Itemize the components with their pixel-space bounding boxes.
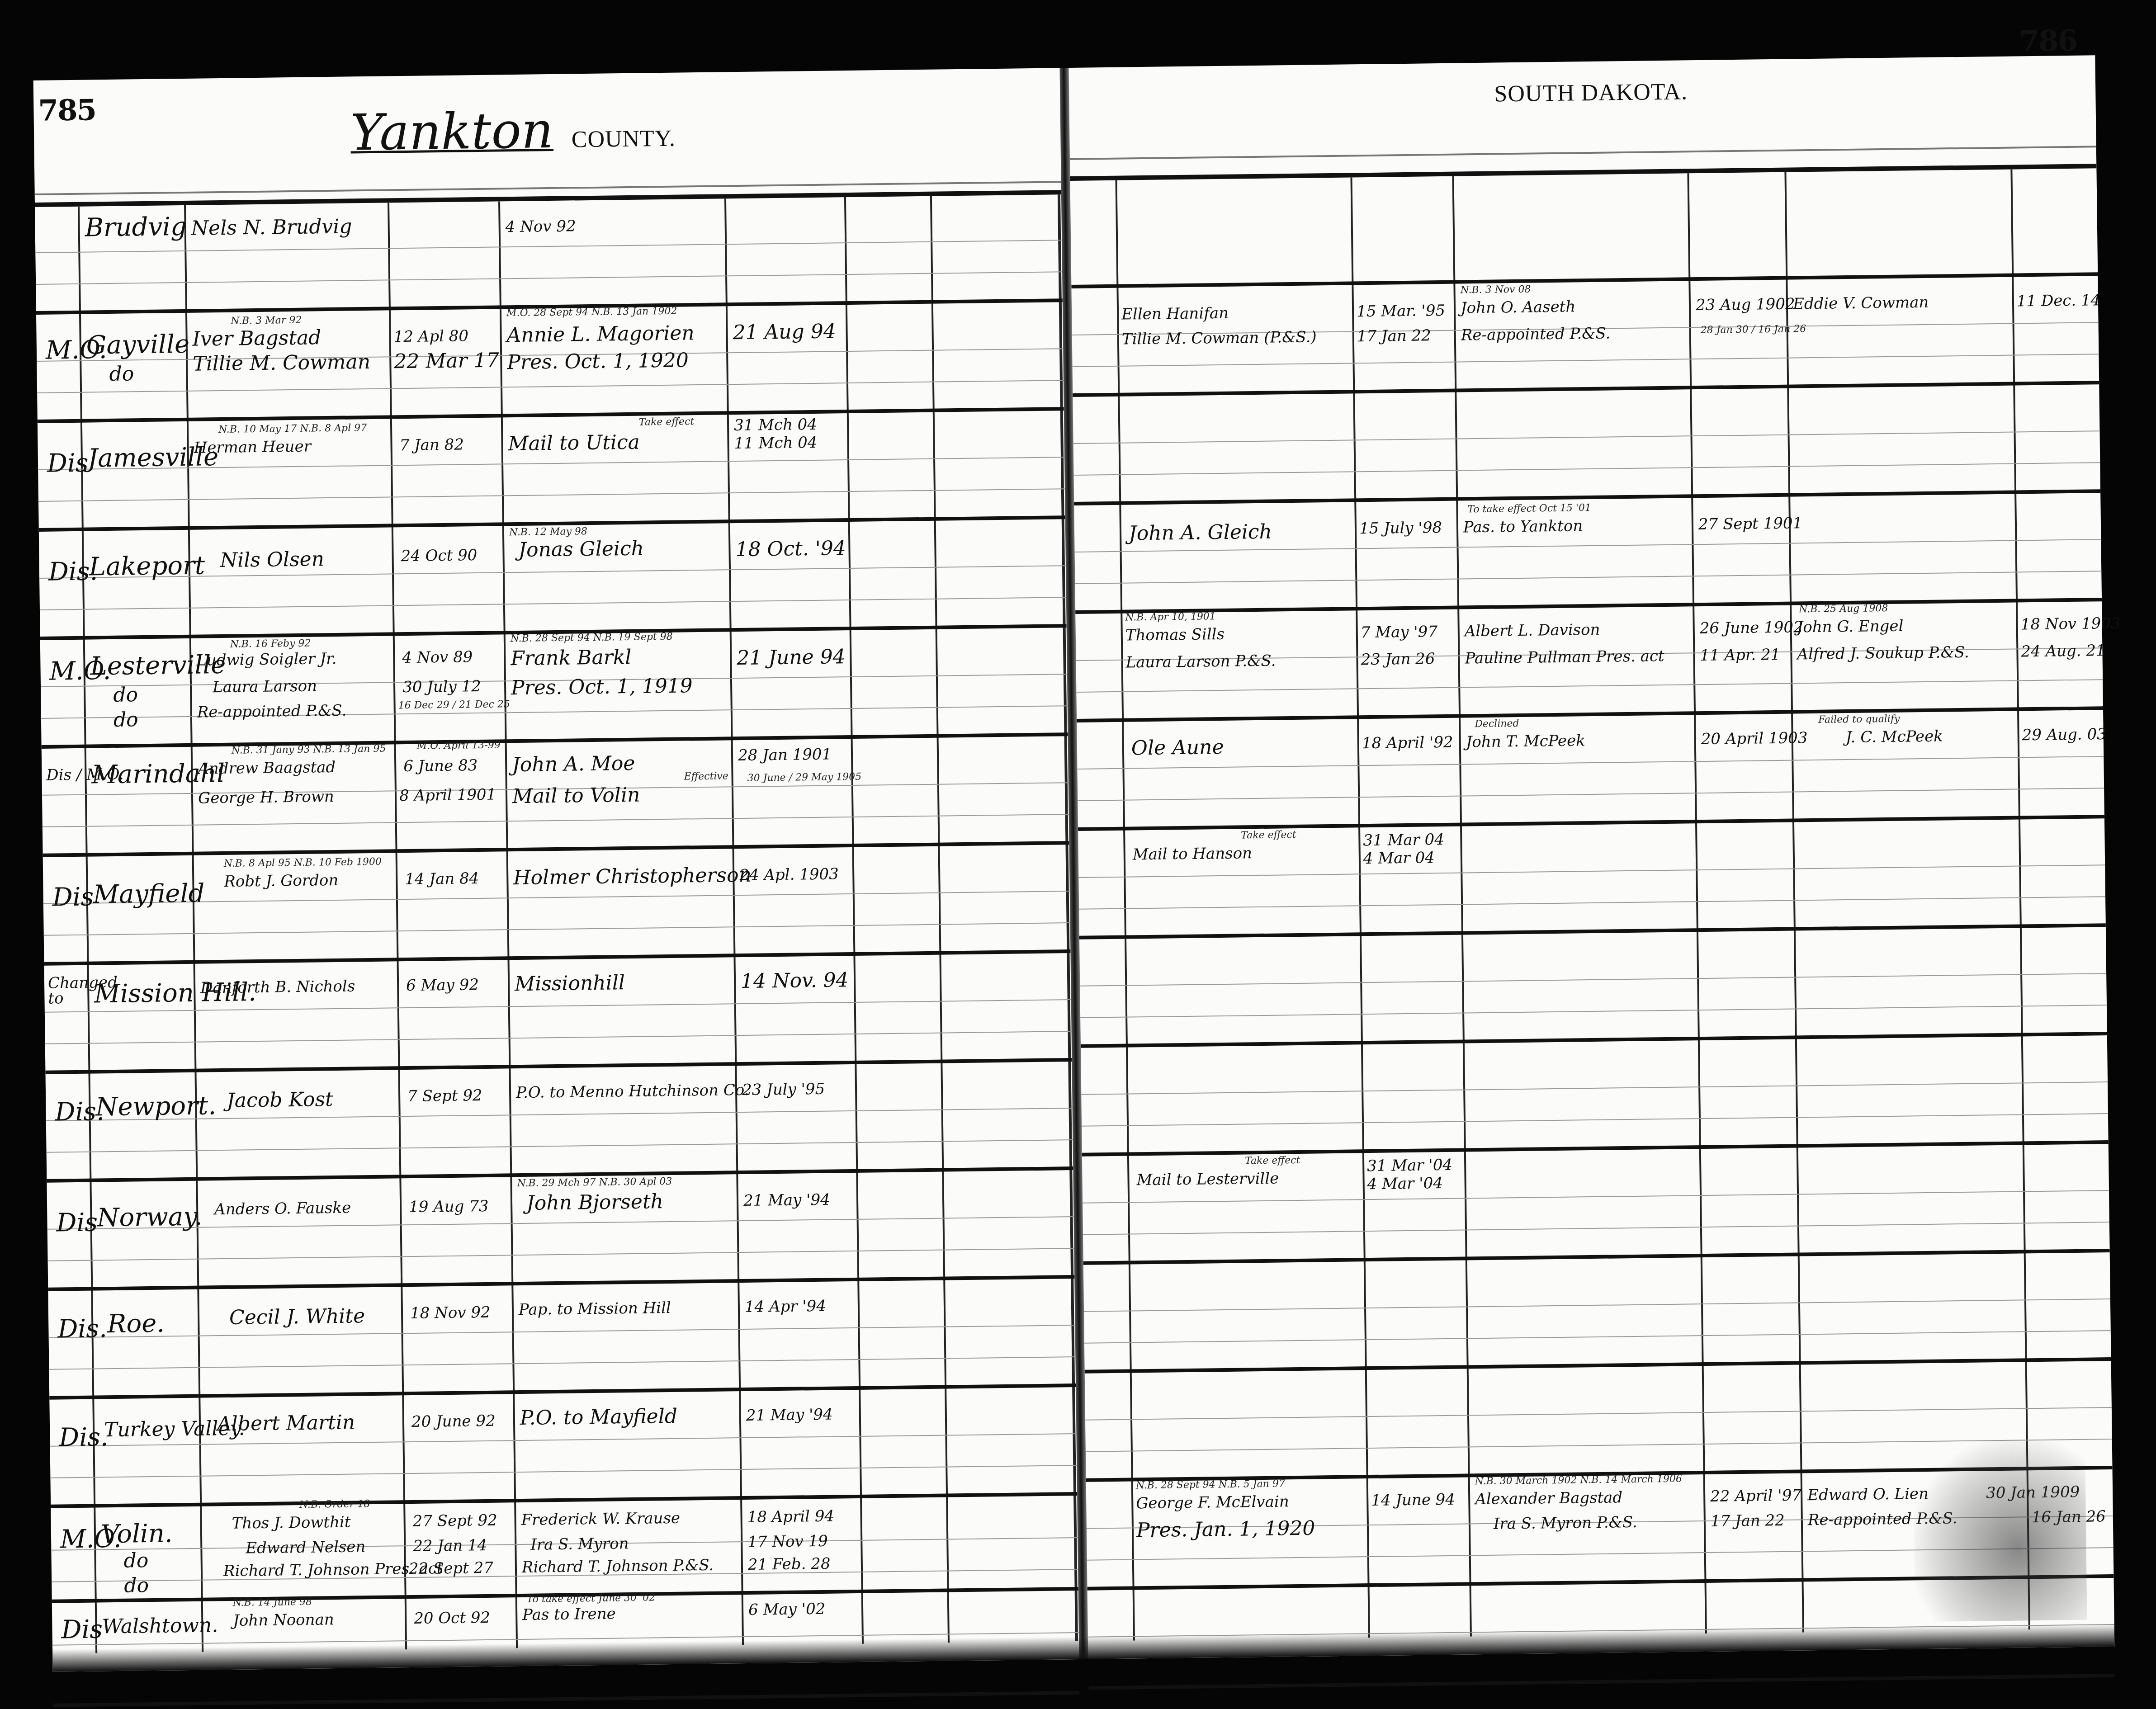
postmaster-name: George H. Brown (198, 789, 334, 806)
successor-name: John A. Gleich (1129, 522, 1272, 544)
successor-date: 28 Jan 30 / 16 Jan 26 (1701, 323, 1806, 336)
successor-date: 14 June 94 (1371, 1492, 1455, 1508)
successor-name: Pap. to Mission Hill (519, 1300, 671, 1317)
ledger-row (1079, 928, 2107, 1044)
postmaster-name: Anders O. Fauske (214, 1200, 351, 1218)
successor-note: Effective (684, 770, 728, 782)
ledger-row: M.O. Volin. do do N.B. Order 18 Thos J. … (51, 1497, 1078, 1600)
ledger-row: Ellen Hanifan Tillie M. Cowman (P.&S.) 1… (1071, 277, 2099, 393)
appointment-date: 18 Nov 92 (410, 1305, 491, 1321)
office-name: Norway. (97, 1204, 202, 1231)
successor-note: N.B. 28 Sept 94 N.B. 19 Sept 98 (511, 631, 673, 644)
appointment-date: 8 April 1901 (399, 787, 496, 804)
office-status: Changed to (48, 975, 85, 1006)
postmaster-note: N.B. 31 Jany 93 N.B. 13 Jan 95 (232, 743, 386, 756)
successor-name: John Bjorseth (526, 1192, 663, 1213)
successor-name: Alfred J. Soukup P.&S. (1797, 645, 1969, 662)
successor-date: 14 Nov. 94 (741, 970, 849, 991)
right-ledger-grid: Ellen Hanifan Tillie M. Cowman (P.&S.) 1… (1070, 168, 2114, 1641)
ledger-row (1081, 1036, 2109, 1153)
successor-date: 4 Mar 04 (1363, 850, 1435, 866)
successor-note: N.B. 28 Sept 94 N.B. 5 Jan 97 (1136, 1478, 1285, 1491)
postmaster-name: John Noonan (233, 1612, 334, 1629)
successor-name: P.O. to Mayfield (520, 1407, 678, 1428)
successor-name: Pauline Pullman Pres. act (1465, 648, 1664, 666)
office-status: Dis (47, 451, 89, 477)
successor-date: 17 Jan 22 (1711, 1513, 1785, 1529)
ledger-row: N.B. Apr 10, 1901 Thomas Sills Laura Lar… (1075, 602, 2103, 719)
appointment-date: 7 Sept 92 (407, 1088, 482, 1104)
successor-name: Pas. to Yankton (1463, 518, 1583, 535)
office-status: Dis (61, 1617, 103, 1643)
ledger-row: Dis / M.O. Marindahl N.B. 31 Jany 93 N.B… (42, 737, 1069, 854)
appointment-date: 24 Oct 90 (401, 548, 477, 564)
successor-note: N.B. 3 Nov 08 (1460, 284, 1531, 296)
successor-date: 18 April '92 (1362, 735, 1453, 751)
appointment-date: 14 Jan 84 (405, 871, 479, 887)
successor-name: Mail to Utica (508, 433, 640, 454)
appointment-date: 4 Nov 89 (402, 649, 473, 666)
successor-name: Pres. Jan. 1, 1920 (1136, 1519, 1315, 1541)
successor-date: 18 Oct. '94 (735, 538, 846, 560)
office-status: Dis. (57, 1316, 107, 1342)
ledger-row: Dis. Newport. Jacob Kost 7 Sept 92 P.O. … (46, 1062, 1073, 1179)
successor-date: 14 Apr '94 (745, 1298, 826, 1315)
successor-date: 17 Nov 19 (747, 1534, 828, 1550)
postmaster-note: N.B. 3 Mar 92 (231, 315, 302, 327)
appointment-note: M.O. April 13-99 (417, 739, 501, 751)
office-name: Mayfield (93, 881, 204, 907)
ledger-row: Ole Aune 18 April '92 Declined John T. M… (1077, 711, 2104, 827)
ledger-row: Dis Norway. Anders O. Fauske 19 Aug 73 N… (47, 1171, 1074, 1288)
successor-name: Thomas Sills (1125, 627, 1225, 643)
ledger-spread: 785 Yankton COUNTY. Brudvig Nels N. Brud… (33, 55, 2115, 1671)
county-label: COUNTY. (571, 125, 676, 153)
heading-rule (1070, 146, 2096, 160)
postmaster-note: N.B. 8 Apl 95 N.B. 10 Feb 1900 (224, 856, 382, 869)
successor-note: Take effect (1245, 1155, 1300, 1166)
ledger-row: Dis Jamesville N.B. 10 May 17 N.B. 8 Apl… (38, 411, 1065, 528)
successor-date: 31 Mar 04 (1363, 832, 1444, 848)
office-name: Brudvig (85, 214, 187, 241)
ink-stain (1913, 1439, 2087, 1622)
left-page: 785 Yankton COUNTY. Brudvig Nels N. Brud… (33, 68, 1079, 1671)
successor-name: Jonas Gleich (518, 539, 644, 560)
successor-date: 31 Mch 04 (734, 417, 817, 433)
successor-date: 27 Sept 1901 (1698, 515, 1803, 532)
office-name: Lakeport (89, 553, 205, 580)
state-heading: SOUTH DAKOTA. (1494, 78, 1688, 107)
postmaster-name: Iver Bagstad (192, 328, 321, 349)
ledger-row (1073, 385, 2100, 502)
successor-date: 24 Apl. 1903 (739, 866, 839, 883)
page-number-right: 786 (2019, 24, 2077, 59)
successor-name: Ira S. Myron P.&S. (1494, 1515, 1637, 1532)
postmaster-name: Thos J. Dowthit (232, 1515, 350, 1531)
postmaster-name: Albert Martin (217, 1413, 355, 1435)
successor-name: Edward O. Lien (1807, 1486, 1929, 1503)
office-status: Dis (52, 884, 94, 910)
postmaster-name: Andrew Baagstad (198, 760, 336, 777)
successor-date: 21 Feb. 28 (748, 1556, 831, 1572)
successor-name: John O. Aaseth (1461, 299, 1576, 316)
ledger-row: Brudvig Nels N. Brudvig 4 Nov 92 (35, 194, 1063, 311)
postmaster-name: Cecil J. White (229, 1306, 365, 1328)
successor-date: 24 Aug. 21 (2021, 643, 2106, 659)
successor-note: M.O. 28 Sept 94 N.B. 13 Jan 1902 (506, 306, 677, 319)
successor-name: Mail to Volin (512, 785, 640, 807)
appointment-date: 22 Jan 14 (413, 1538, 487, 1554)
successor-name: Pres. Oct. 1, 1920 (507, 350, 689, 373)
ledger-row: Take effect Mail to Hanson 31 Mar 04 4 M… (1078, 819, 2106, 936)
postmaster-note: N.B. 10 May 17 N.B. 8 Apl 97 (218, 422, 367, 435)
successor-date: 18 April 94 (747, 1509, 834, 1525)
successor-note: N.B. 29 Mch 97 N.B. 30 Apl 03 (517, 1176, 672, 1189)
successor-date: 21 Aug 94 (733, 321, 836, 343)
successor-date: 7 May '97 (1361, 624, 1438, 640)
ledger-row: John A. Gleich 15 July '98 To take effec… (1074, 494, 2102, 610)
office-status: Dis. (59, 1425, 109, 1450)
successor-date: 6 May '02 (748, 1601, 826, 1618)
right-page: 786 SOUTH DAKOTA. Ellen Hanifan Tillie M… (1069, 55, 2114, 1659)
successor-name: Mail to Lesterville (1136, 1171, 1279, 1188)
successor-date: 26 June 1902 (1700, 619, 1803, 636)
successor-name: Albert L. Davison (1465, 622, 1600, 639)
appointment-date: 16 Dec 29 / 21 Dec 25 (398, 699, 510, 711)
successor-date: 31 Mar '04 (1367, 1157, 1452, 1174)
successor-date: 11 Apr. 21 (1700, 647, 1780, 663)
successor-note: N.B. 25 Aug 1908 (1799, 603, 1888, 615)
successor-date: 21 May '94 (743, 1192, 830, 1209)
successor-name: John A. Moe (512, 754, 635, 775)
postmaster-name: Jacob Kost (227, 1090, 333, 1111)
office-name: Walshtown. (102, 1615, 218, 1637)
office-status: Dis (56, 1210, 98, 1236)
postmaster-name: Herman Heuer (194, 439, 311, 456)
state-label: SOUTH DAKOTA. (1494, 78, 1688, 107)
successor-date: 20 April 1903 (1701, 730, 1808, 747)
successor-date: 23 Jan 26 (1361, 651, 1435, 667)
office-name: Gayville (86, 332, 190, 359)
successor-note: Declined (1475, 718, 1519, 730)
postmaster-name: Robt J. Gordon (224, 873, 338, 889)
successor-name: Mail to Hanson (1133, 845, 1253, 862)
successor-date: 17 Jan 22 (1357, 328, 1431, 344)
successor-date: 15 Mar. '95 (1357, 303, 1445, 319)
office-name: Newport. (95, 1093, 216, 1120)
appointment-date: 12 Apl 80 (393, 328, 468, 345)
successor-note: N.B. 12 May 98 (509, 526, 587, 538)
postmaster-note: N.B. Order 18 (299, 1498, 370, 1511)
office-name-ditto: do (123, 1551, 148, 1571)
appointment-date: 20 Oct 92 (414, 1610, 490, 1626)
successor-name: P.O. to Menno Hutchinson Co. (516, 1082, 749, 1100)
ledger-row (1083, 1253, 2111, 1370)
successor-name: Laura Larson P.&S. (1125, 653, 1276, 670)
successor-name: Pres. Oct. 1, 1919 (511, 676, 693, 698)
successor-name: Eddie V. Cowman (1793, 295, 1929, 312)
appointment-date: 27 Sept 92 (412, 1513, 497, 1529)
successor-name: George F. McElvain (1136, 1494, 1289, 1511)
ledger-row: M.O. Lesterville do do N.B. 16 Feby 92 L… (40, 628, 1068, 745)
appointment-date: 22 Mar 17 (394, 350, 499, 372)
successor-date: 23 Aug 1902 (1696, 296, 1795, 313)
appointment-date: 30 July 12 (402, 679, 481, 695)
successor-name: Frank Barkl (511, 647, 632, 669)
successor-date: 30 June / 29 May 1905 (747, 771, 861, 784)
ledger-row: Dis. Turkey Valley. Albert Martin 20 Jun… (49, 1388, 1077, 1505)
postmaster-name: Laura Larson (213, 678, 317, 695)
ledger-row: Dis Mayfield N.B. 8 Apl 95 N.B. 10 Feb 1… (43, 845, 1071, 962)
ledger-row: Dis. Roe. Cecil J. White 18 Nov 92 Pap. … (48, 1279, 1076, 1396)
successor-date: 29 Aug. 03 (2022, 727, 2107, 743)
county-heading: Yankton COUNTY. (350, 100, 676, 162)
office-name: Volin. (101, 1521, 173, 1547)
successor-note: Take effect (639, 416, 695, 428)
successor-date: 28 Jan 1901 (738, 747, 832, 764)
office-name-ditto: do (109, 364, 134, 384)
successor-name: Ellen Hanifan (1121, 306, 1229, 322)
successor-name: Richard T. Johnson P.&S. (522, 1558, 714, 1575)
successor-name: Frederick W. Krause (521, 1511, 680, 1528)
successor-date: 21 May '94 (746, 1407, 833, 1423)
page-number-left: 785 (38, 93, 96, 128)
successor-date: 23 July '95 (742, 1081, 825, 1098)
successor-date: 22 April '97 (1710, 1487, 1801, 1504)
appointment-date: 6 May 92 (406, 977, 479, 993)
ledger-row: Take effect Mail to Lesterville 31 Mar '… (1082, 1145, 2110, 1261)
successor-date: 11 Mch 04 (734, 435, 817, 451)
successor-note: Failed to qualify (1818, 713, 1900, 726)
appointment-date: 4 Nov 92 (506, 218, 576, 235)
successor-date: 21 June 94 (737, 647, 846, 668)
appointment-date: 20 June 92 (411, 1413, 496, 1430)
successor-name: John T. McPeek (1466, 733, 1585, 750)
postmaster-name: Re-appointed P.&S. (197, 703, 347, 720)
successor-name: Ole Aune (1131, 737, 1224, 758)
office-name-ditto: do (113, 710, 138, 730)
successor-name: Pas to Irene (522, 1606, 616, 1623)
postmaster-name: Edward Nelsen (246, 1539, 365, 1556)
successor-name: Annie L. Magorien (506, 323, 695, 345)
postmaster-note: N.B. 14 June 98 (233, 1596, 312, 1609)
successor-date: 11 Dec. 14 (2017, 293, 2101, 309)
postmaster-name: Danforth B. Nichols (200, 978, 355, 996)
postmaster-note: N.B. 16 Feby 92 (230, 638, 311, 650)
county-name: Yankton (350, 101, 553, 161)
ledger-row: Dis. Lakeport Nils Olsen 24 Oct 90 N.B. … (39, 520, 1067, 637)
appointment-date: 22 Sept 27 (409, 1560, 493, 1577)
successor-note: To take effect June 30 '02 (527, 1592, 656, 1605)
office-name-ditto: do (124, 1576, 149, 1596)
successor-name: Tillie M. Cowman (P.&S.) (1122, 329, 1317, 347)
successor-name: Alexander Bagstad (1475, 1490, 1622, 1507)
left-ledger-grid: Brudvig Nels N. Brudvig 4 Nov 92 M.O. Ga… (35, 194, 1079, 1653)
successor-note: N.B. 30 March 1902 N.B. 14 March 1906 (1475, 1473, 1682, 1487)
postmaster-name: Nels N. Brudvig (191, 217, 352, 238)
appointment-date: 7 Jan 82 (399, 437, 464, 453)
successor-name: Ira S. Myron (530, 1536, 629, 1553)
successor-name: John G. Engel (1797, 618, 1904, 635)
successor-name: Re-appointed P.&S. (1461, 326, 1611, 343)
postmaster-name: Tillie M. Cowman (193, 352, 370, 374)
successor-note: To take effect Oct 15 '01 (1467, 502, 1591, 515)
ledger-row: Changed to Mission Hill. Danforth B. Nic… (44, 954, 1072, 1071)
successor-date: 4 Mar '04 (1367, 1176, 1443, 1192)
successor-name: Missionhill (515, 973, 625, 994)
successor-name: J. C. McPeek (1846, 729, 1943, 746)
successor-name: Holmer Christopherson (513, 865, 752, 888)
office-name: Roe. (107, 1311, 165, 1337)
successor-note: Take effect (1241, 829, 1296, 841)
ledger-row: M.O. Gayville do N.B. 3 Mar 92 Iver Bags… (36, 303, 1064, 420)
appointment-date: 6 June 83 (403, 758, 478, 774)
successor-date: 18 Nov 1903 (2020, 616, 2120, 633)
successor-note: N.B. Apr 10, 1901 (1125, 611, 1216, 623)
postmaster-name: Ludwig Soigler Jr. (196, 651, 337, 668)
office-name-ditto: do (113, 685, 138, 705)
postmaster-name: Nils Olsen (220, 549, 324, 571)
appointment-date: 19 Aug 73 (409, 1199, 489, 1215)
successor-date: 15 July '98 (1359, 520, 1442, 536)
